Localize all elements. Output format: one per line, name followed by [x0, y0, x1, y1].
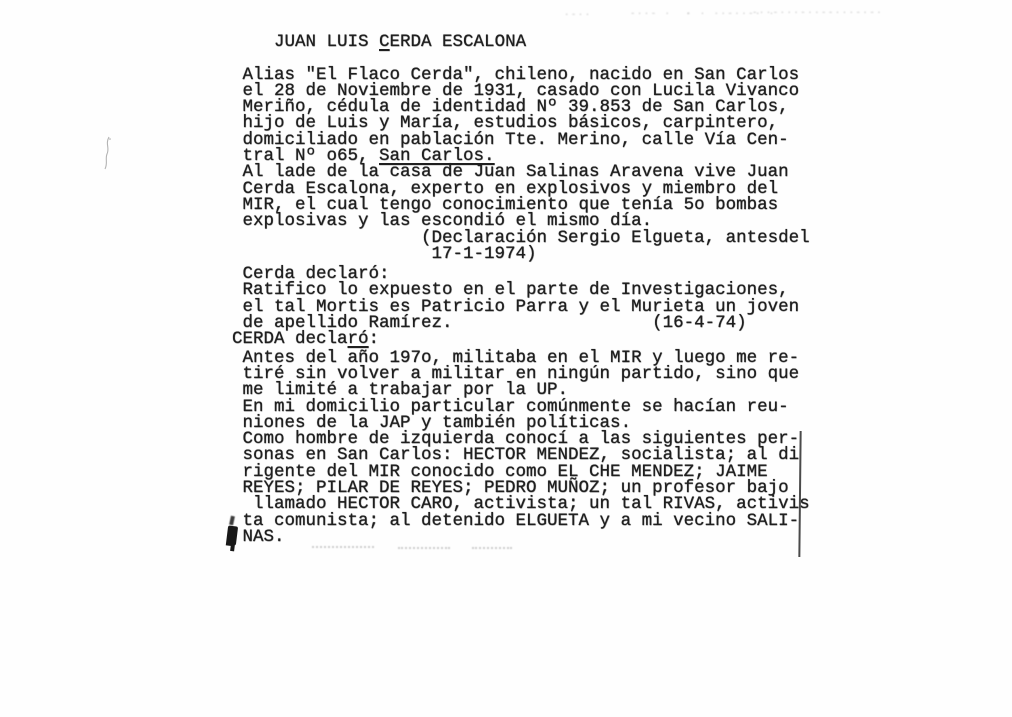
document-text: JUAN LUIS CERDA ESCALONA Alias "El Flaco… [232, 34, 810, 545]
scan-smudge: -··- · · [630, 9, 692, 19]
scan-smudge: -··-···-··--···-·-· [752, 8, 883, 18]
bottom-smudge-dots [398, 547, 450, 549]
document-line: ta comunista; al detenido ELGUETA y a mi… [232, 513, 810, 529]
bottom-smudge-dots [312, 546, 374, 548]
document-line: NAS. [232, 529, 810, 545]
scanned-document-page: ·-··-··- · ·· · ··-··-· ·-··-···-··--···… [0, 0, 1012, 717]
document-title: JUAN LUIS CERDA ESCALONA [232, 34, 810, 50]
document-line: 17-1-1974) [232, 246, 810, 262]
bottom-smudge-dots [472, 547, 512, 549]
margin-squiggle-mark [100, 135, 116, 176]
scan-smudge: ·-·· [564, 10, 592, 20]
document-line: CERDA declaró: [232, 331, 810, 347]
